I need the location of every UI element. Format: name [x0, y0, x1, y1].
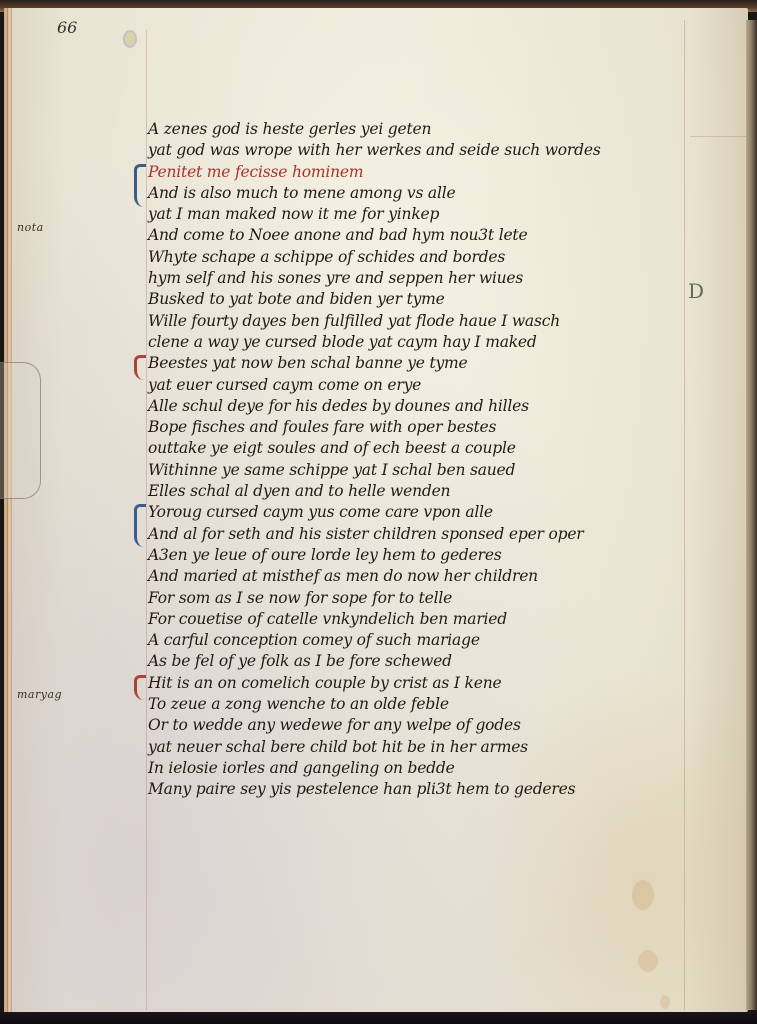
- text-line: For couetise of catelle vnkyndelich ben …: [148, 609, 688, 630]
- line-text: Busked to yat bote and biden yer tyme: [148, 290, 445, 308]
- line-text: Or to wedde any wedewe for any welpe of …: [148, 716, 521, 734]
- ruling-line-left: [146, 30, 147, 1010]
- text-line: Alle schul deye for his dedes by dounes …: [148, 396, 688, 417]
- line-text: Elles schal al dyen and to helle wenden: [148, 482, 450, 500]
- paraph-mark-blue: [134, 504, 146, 547]
- text-line: yat euer cursed caym come on erye: [148, 375, 688, 396]
- line-text: Beestes yat now ben schal banne ye tyme: [148, 354, 468, 372]
- text-line: Busked to yat bote and biden yer tyme: [148, 289, 688, 310]
- line-text: Yoroug cursed caym yus come care vpon al…: [148, 503, 493, 521]
- line-text: yat neuer schal bere child bot hit be in…: [148, 738, 528, 756]
- text-line: hym self and his sones yre and seppen he…: [148, 268, 688, 289]
- text-line: yat neuer schal bere child bot hit be in…: [148, 737, 688, 758]
- line-text: And al for seth and his sister children …: [148, 525, 584, 543]
- paraph-mark-red: [134, 355, 146, 380]
- line-text: Penitet me fecisse hominem: [148, 163, 363, 181]
- text-line: Or to wedde any wedewe for any welpe of …: [148, 715, 688, 736]
- text-line: And maried at misthef as men do now her …: [148, 566, 688, 587]
- page-edge-left: [4, 8, 12, 1012]
- text-line: Hit is an on comelich couple by crist as…: [148, 673, 688, 694]
- line-text: Wille fourty dayes ben fulfilled yat flo…: [148, 312, 560, 330]
- text-line: clene a way ye cursed blode yat caym hay…: [148, 332, 688, 353]
- line-text: In ielosie iorles and gangeling on bedde: [148, 759, 455, 777]
- text-line: yat I man maked now it me for yinkep: [148, 204, 688, 225]
- text-line: For som as I se now for sope for to tell…: [148, 588, 688, 609]
- margin-note-nota: nota: [17, 221, 44, 234]
- rubric-line: Penitet me fecisse hominem: [148, 162, 688, 183]
- line-text: As be fel of ye folk as I be fore schewe…: [148, 652, 452, 670]
- line-text: And come to Noee anone and bad hym nou3t…: [148, 226, 527, 244]
- text-line: Beestes yat now ben schal banne ye tyme: [148, 353, 688, 374]
- line-text: A carful conception comey of such mariag…: [148, 631, 480, 649]
- paraph-mark-blue: [134, 164, 146, 207]
- line-text: Bope fisches and foules fare with oper b…: [148, 418, 496, 436]
- line-text: For som as I se now for sope for to tell…: [148, 589, 452, 607]
- page-edge-right: [746, 20, 757, 1010]
- text-line: A carful conception comey of such mariag…: [148, 630, 688, 651]
- line-text: For couetise of catelle vnkyndelich ben …: [148, 610, 507, 628]
- manuscript-text-block: A zenes god is heste gerles yei geten ya…: [148, 119, 688, 801]
- line-text: Whyte schape a schippe of schides and bo…: [148, 248, 505, 266]
- paraph-mark-red: [134, 675, 146, 700]
- line-text: And is also much to mene among vs alle: [148, 184, 455, 202]
- line-text: A zenes god is heste gerles yei geten: [148, 120, 431, 138]
- binding-bottom-edge: [0, 1012, 757, 1024]
- text-line: To zeue a zong wenche to an olde feble: [148, 694, 688, 715]
- line-text: A3en ye leue of oure lorde ley hem to ge…: [148, 546, 502, 564]
- text-line: Whyte schape a schippe of schides and bo…: [148, 247, 688, 268]
- text-line: Withinne ye same schippe yat I schal ben…: [148, 460, 688, 481]
- stain: [660, 995, 670, 1009]
- text-line: And come to Noee anone and bad hym nou3t…: [148, 225, 688, 246]
- line-text: yat I man maked now it me for yinkep: [148, 205, 439, 223]
- text-line: outtake ye eigt soules and of ech beest …: [148, 438, 688, 459]
- text-line: A3en ye leue of oure lorde ley hem to ge…: [148, 545, 688, 566]
- margin-mark-right: D: [688, 279, 704, 303]
- text-line: In ielosie iorles and gangeling on bedde: [148, 758, 688, 779]
- line-text: yat god was wrope with her werkes and se…: [148, 141, 601, 159]
- text-line: And al for seth and his sister children …: [148, 524, 688, 545]
- margin-note-maryag: maryag: [17, 688, 62, 701]
- line-text: outtake ye eigt soules and of ech beest …: [148, 439, 516, 457]
- line-text: Hit is an on comelich couple by crist as…: [148, 674, 501, 692]
- text-line: Elles schal al dyen and to helle wenden: [148, 481, 688, 502]
- line-text: To zeue a zong wenche to an olde feble: [148, 695, 449, 713]
- text-line: Wille fourty dayes ben fulfilled yat flo…: [148, 311, 688, 332]
- text-line: And is also much to mene among vs alle: [148, 183, 688, 204]
- ruling-line-right-tick: [690, 136, 746, 137]
- line-text: hym self and his sones yre and seppen he…: [148, 269, 523, 287]
- stain: [632, 880, 654, 910]
- text-line: Many paire sey yis pestelence han pli3t …: [148, 779, 688, 800]
- text-line: yat god was wrope with her werkes and se…: [148, 140, 688, 161]
- line-text: Alle schul deye for his dedes by dounes …: [148, 397, 529, 415]
- line-text: yat euer cursed caym come on erye: [148, 376, 421, 394]
- folio-number: 66: [57, 18, 77, 37]
- stain: [638, 950, 658, 972]
- line-text: And maried at misthef as men do now her …: [148, 567, 538, 585]
- line-text: Many paire sey yis pestelence han pli3t …: [148, 780, 575, 798]
- line-text: clene a way ye cursed blode yat caym hay…: [148, 333, 537, 351]
- text-line: Bope fisches and foules fare with oper b…: [148, 417, 688, 438]
- pin-hole: [123, 30, 137, 48]
- clip-shadow: [0, 362, 41, 499]
- text-line: A zenes god is heste gerles yei geten: [148, 119, 688, 140]
- text-line: Yoroug cursed caym yus come care vpon al…: [148, 502, 688, 523]
- line-text: Withinne ye same schippe yat I schal ben…: [148, 461, 515, 479]
- text-line: As be fel of ye folk as I be fore schewe…: [148, 651, 688, 672]
